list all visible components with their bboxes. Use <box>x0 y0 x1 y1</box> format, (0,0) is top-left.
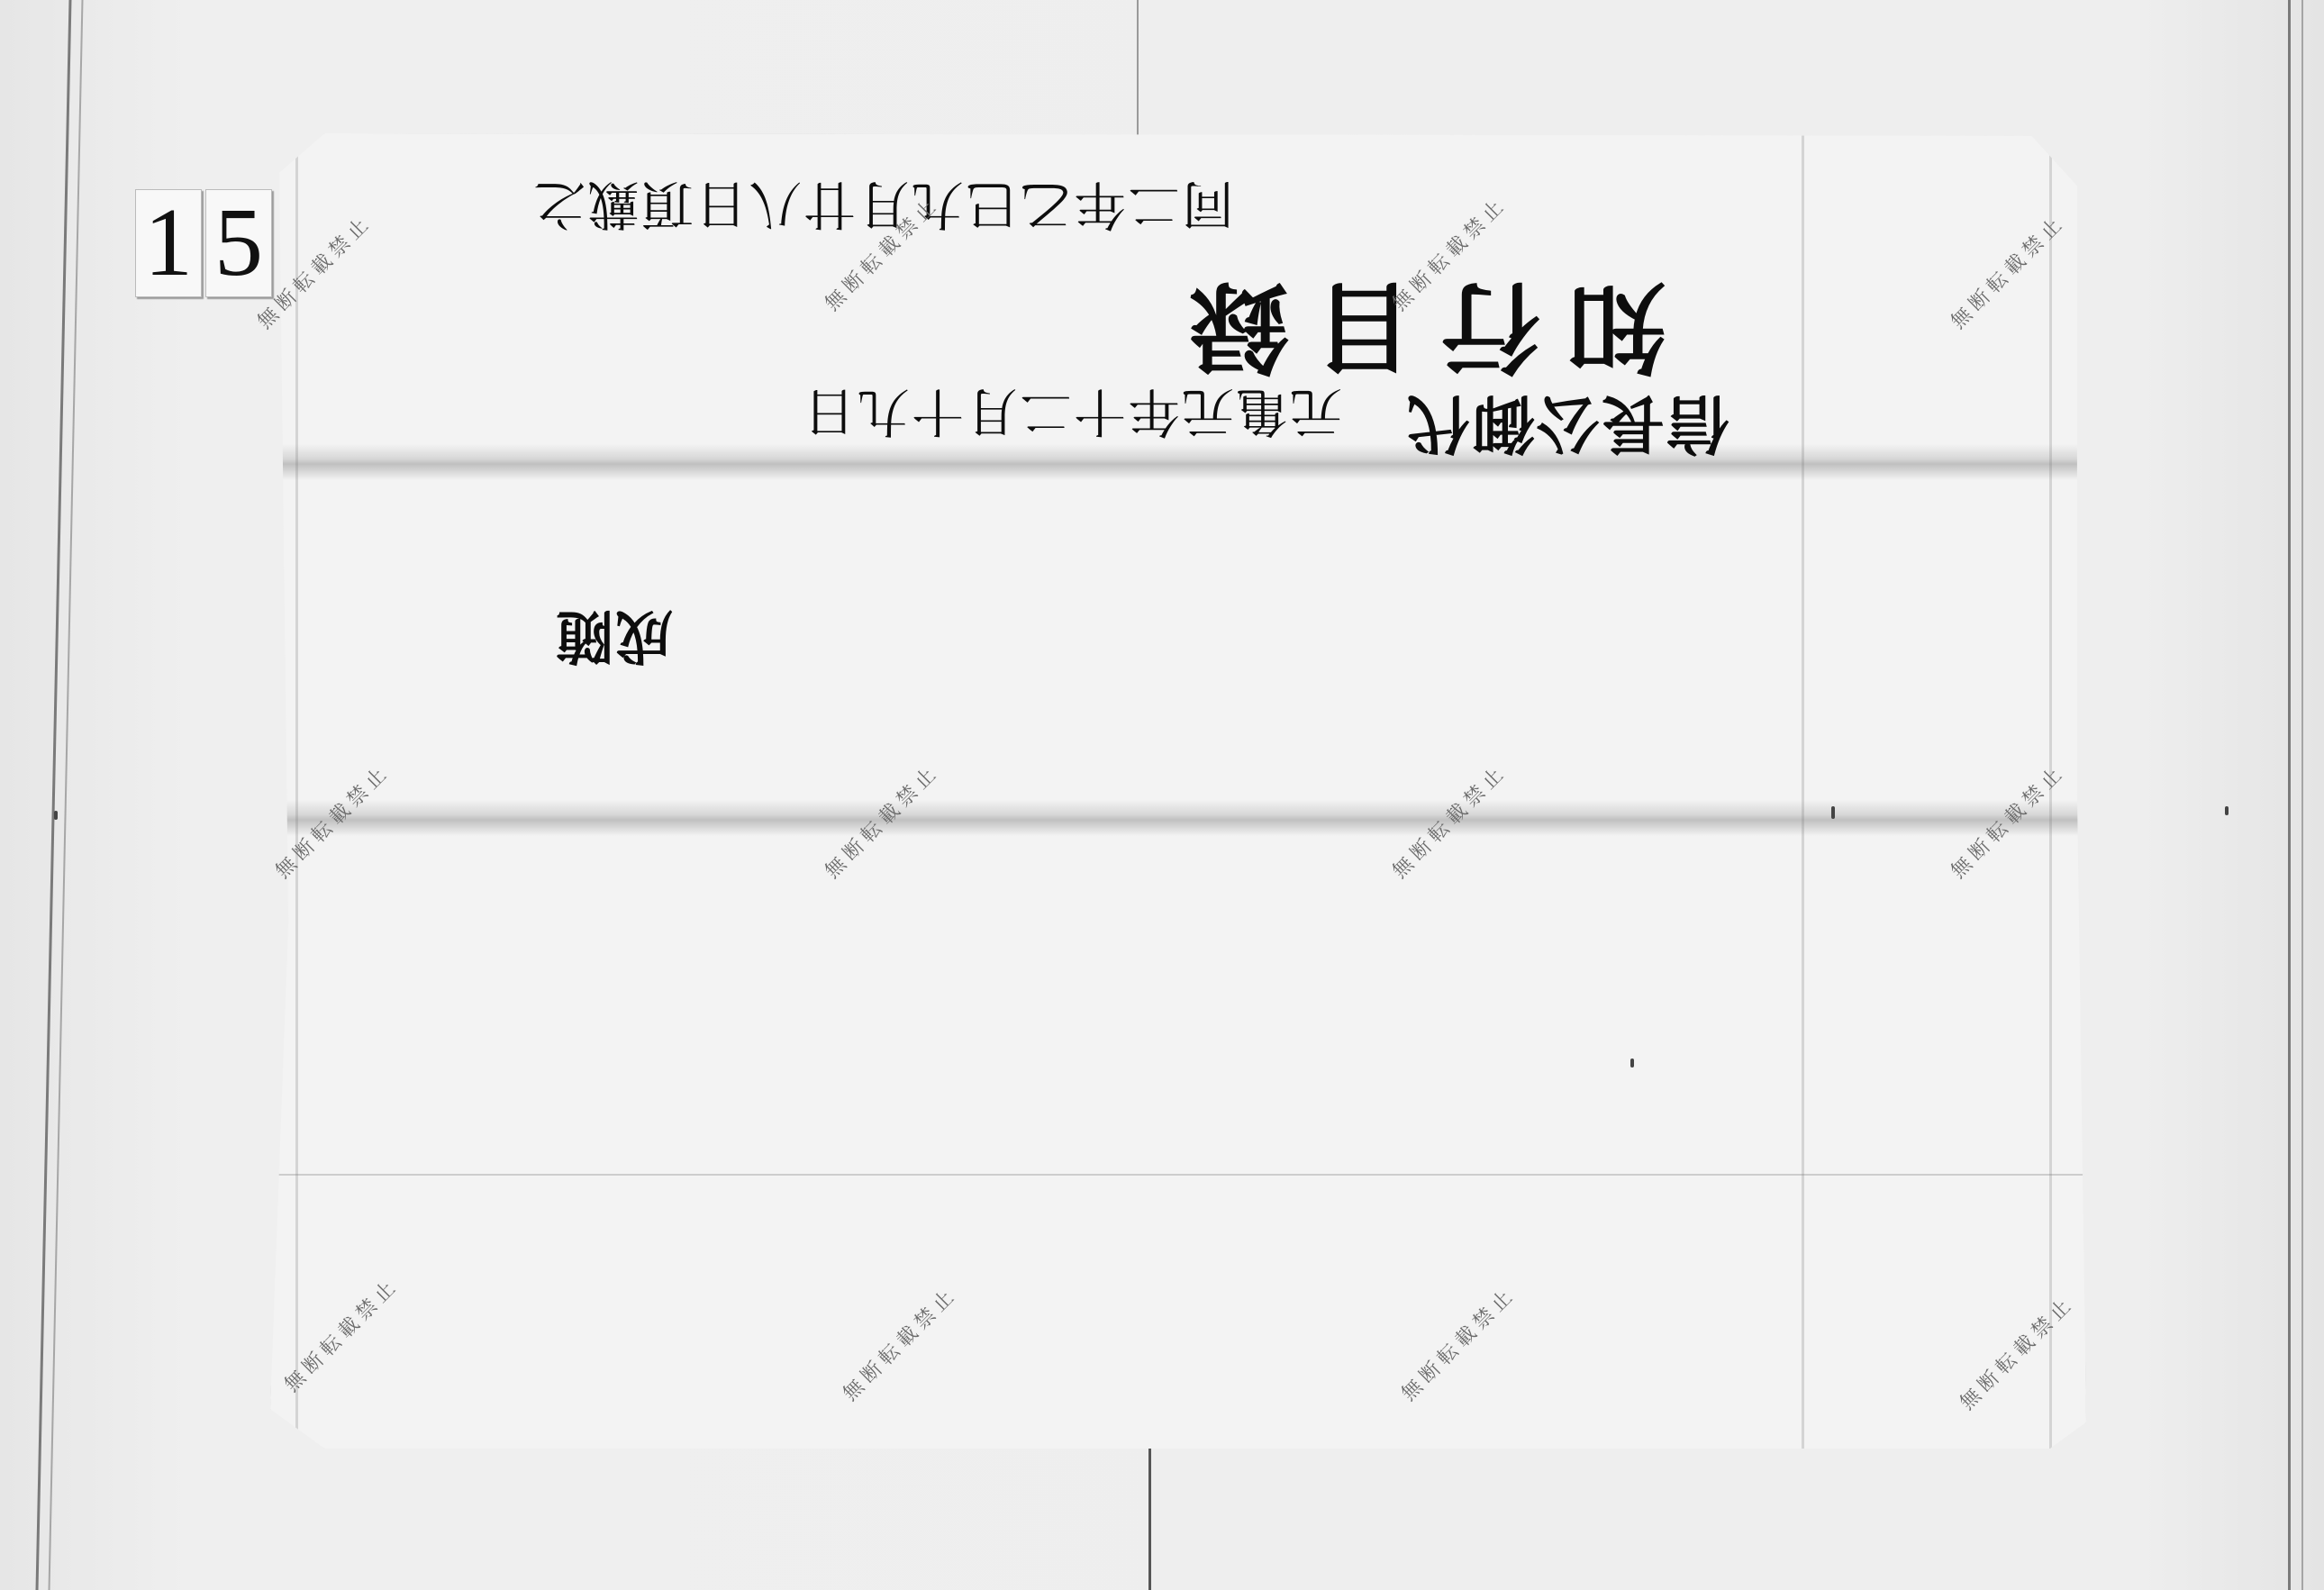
center-gutter-line-bottom <box>1148 1446 1151 1590</box>
ink-speck <box>2225 806 2229 815</box>
item-number-digit: 1 <box>135 189 202 297</box>
ink-speck <box>1630 1058 1634 1068</box>
signature: 成随 <box>554 599 673 682</box>
fold-crease <box>270 800 2086 836</box>
fold-line <box>270 1174 2086 1176</box>
frame-line-right-inner <box>2301 0 2303 1590</box>
item-number-digit: 5 <box>205 189 272 297</box>
document-date: 元亀元年十二月十九日 <box>802 378 1342 454</box>
frame-line-right-outer <box>2288 0 2291 1590</box>
center-gutter-line <box>1137 0 1139 135</box>
item-number-label: 1 5 <box>135 189 272 297</box>
ink-speck <box>1831 806 1835 819</box>
ink-speck <box>54 811 58 820</box>
fold-line <box>1802 133 1804 1449</box>
fold-line <box>295 133 298 1449</box>
